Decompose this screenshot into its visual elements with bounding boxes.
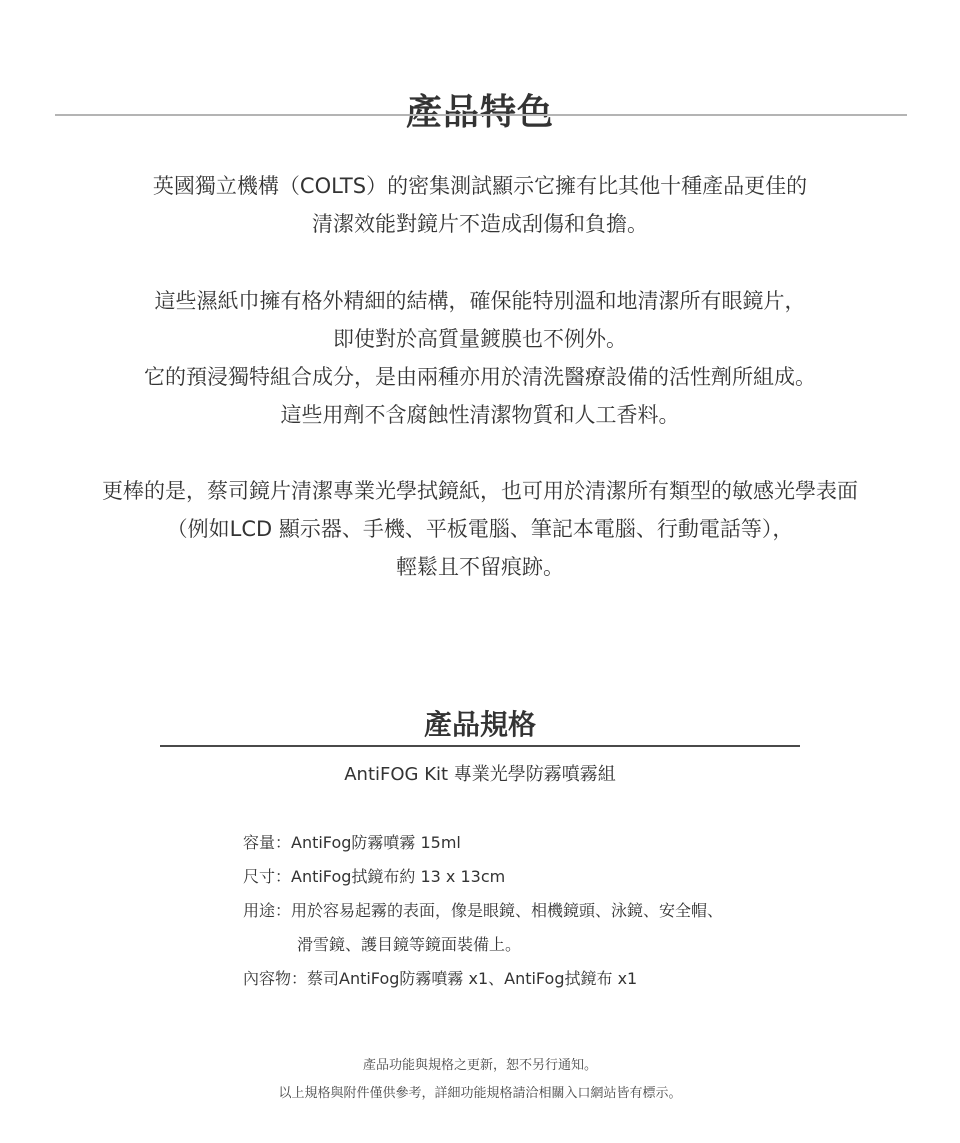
spec-list: 容量：AntiFog防霧噴霧 15ml 尺寸：AntiFog拭鏡布約 13 x … xyxy=(243,828,723,998)
spec-row-usage-continued: 滑雪鏡、護目鏡等鏡面裝備上。 xyxy=(243,930,723,964)
paragraph-line: 它的預浸獨特組合成分，是由兩種亦用於清洗醫療設備的活性劑所組成。 xyxy=(0,358,960,396)
specs-title: 產品規格 xyxy=(0,705,960,745)
features-divider xyxy=(55,114,907,116)
disclaimer-note: 產品功能與規格之更新，恕不另行通知。 xyxy=(0,1056,960,1084)
spec-row-capacity: 容量：AntiFog防霧噴霧 15ml xyxy=(243,828,723,862)
kit-name: AntiFOG Kit 專業光學防霧噴霧組 xyxy=(0,762,960,788)
spec-row-contents: 內容物：蔡司AntiFog防霧噴霧 x1、AntiFog拭鏡布 x1 xyxy=(243,964,723,998)
paragraph-line: 清潔效能對鏡片不造成刮傷和負擔。 xyxy=(0,205,960,243)
paragraph-line: 這些濕紙巾擁有格外精細的結構，確保能特別溫和地清潔所有眼鏡片， xyxy=(0,282,960,320)
paragraph-line: 更棒的是，蔡司鏡片清潔專業光學拭鏡紙，也可用於清潔所有類型的敏感光學表面 xyxy=(0,472,960,510)
paragraph-line: 輕鬆且不留痕跡。 xyxy=(0,548,960,586)
specs-divider xyxy=(160,745,800,747)
paragraph-line: （例如LCD 顯示器、手機、平板電腦、筆記本電腦、行動電話等）， xyxy=(0,510,960,548)
features-paragraph-1: 英國獨立機構（COLTS）的密集測試顯示它擁有比其他十種產品更佳的 清潔效能對鏡… xyxy=(0,167,960,243)
spec-row-usage: 用途：用於容易起霧的表面，像是眼鏡、相機鏡頭、泳鏡、安全帽、 xyxy=(243,896,723,930)
features-paragraph-2: 這些濕紙巾擁有格外精細的結構，確保能特別溫和地清潔所有眼鏡片， 即使對於高質量鍍… xyxy=(0,282,960,434)
paragraph-line: 英國獨立機構（COLTS）的密集測試顯示它擁有比其他十種產品更佳的 xyxy=(0,167,960,205)
spec-row-size: 尺寸：AntiFog拭鏡布約 13 x 13cm xyxy=(243,862,723,896)
paragraph-line: 即使對於高質量鍍膜也不例外。 xyxy=(0,320,960,358)
features-paragraph-3: 更棒的是，蔡司鏡片清潔專業光學拭鏡紙，也可用於清潔所有類型的敏感光學表面 （例如… xyxy=(0,472,960,586)
disclaimer-note: 以上規格與附件僅供參考，詳細功能規格請洽相關入口網站皆有標示。 xyxy=(0,1084,960,1112)
disclaimer-notes: 產品功能與規格之更新，恕不另行通知。 以上規格與附件僅供參考，詳細功能規格請洽相… xyxy=(0,1056,960,1112)
paragraph-line: 這些用劑不含腐蝕性清潔物質和人工香料。 xyxy=(0,396,960,434)
